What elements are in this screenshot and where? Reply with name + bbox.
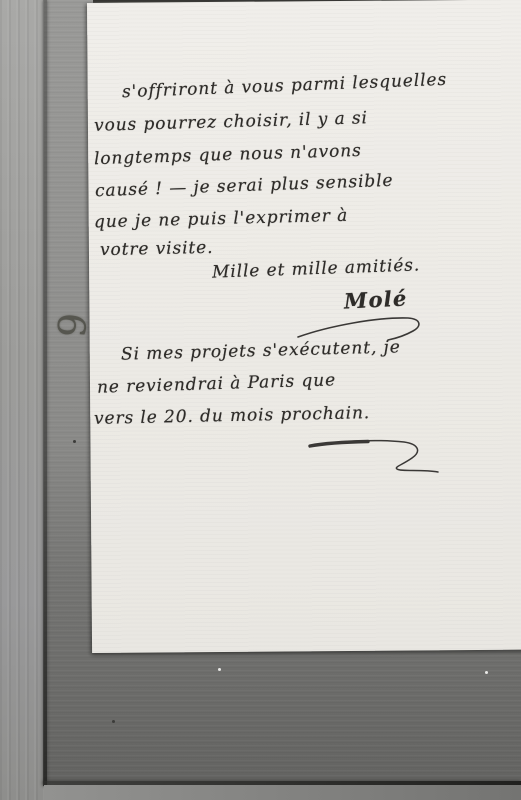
dust-speck: [485, 671, 488, 674]
frame-line-vertical: [43, 0, 47, 786]
margin-numeral: 6: [46, 302, 95, 348]
dust-speck: [112, 720, 115, 723]
photograph-of-letter: 6 s'offriront à vous parmi lesquelles vo…: [0, 0, 521, 800]
signature: Molé: [343, 285, 408, 313]
handwriting-line: votre visite.: [100, 238, 214, 260]
dust-speck: [73, 440, 76, 443]
background-left-strip: [0, 0, 44, 800]
dust-speck: [218, 668, 221, 671]
closing-flourish: [306, 435, 446, 477]
background-bottom-strip: [44, 785, 521, 800]
